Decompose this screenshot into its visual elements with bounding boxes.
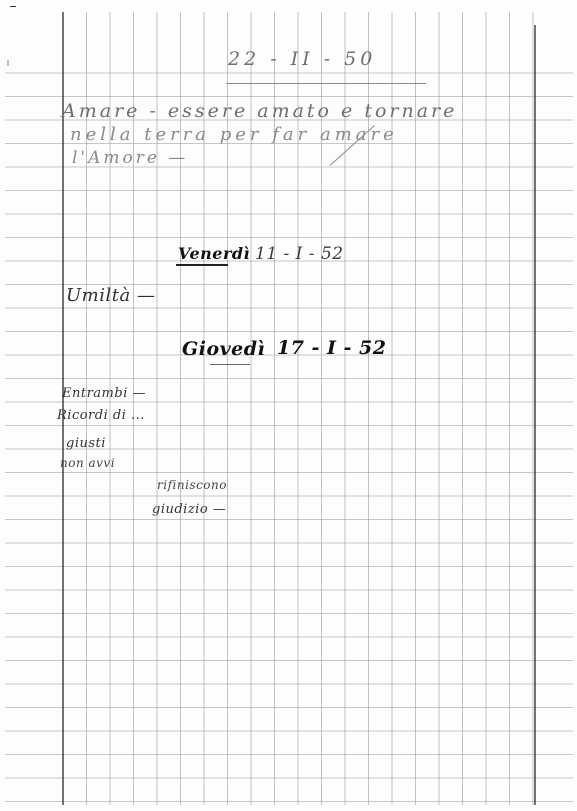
entry-2-line-1: Umiltà — bbox=[66, 285, 155, 306]
entry-3-weekday: Giovedì bbox=[182, 338, 265, 360]
entry-3-line-1: Entrambi — bbox=[62, 386, 146, 401]
entry-3-line-3: giusti bbox=[66, 436, 106, 451]
entry-1-date-underline bbox=[226, 83, 426, 84]
entry-2-weekday-underline bbox=[176, 264, 228, 266]
entry-3-line-6: giudizio — bbox=[152, 502, 226, 517]
entry-2-date: 11 - I - 52 bbox=[255, 244, 344, 264]
entry-3-weekday-underline bbox=[210, 364, 250, 365]
entry-1-date-heading: 22 - II - 50 bbox=[228, 48, 376, 70]
entry-1-line-3: l'Amore — bbox=[72, 148, 188, 168]
entry-1-line-1: Amare - essere amato e tornare bbox=[62, 100, 457, 122]
entry-3-line-2: Ricordi di ... bbox=[57, 408, 145, 423]
notebook-page: 22 - II - 50 Amare - essere amato e torn… bbox=[0, 0, 577, 811]
entry-3-line-4: non avvi bbox=[60, 456, 115, 470]
entry-3-date: 17 - I - 52 bbox=[277, 337, 387, 359]
entry-3-line-5: rifiniscono bbox=[157, 478, 227, 492]
entry-1-line-2: nella terra per far amare bbox=[70, 124, 398, 145]
entry-2-weekday: Venerdì bbox=[178, 244, 250, 263]
stray-mark bbox=[10, 6, 16, 7]
